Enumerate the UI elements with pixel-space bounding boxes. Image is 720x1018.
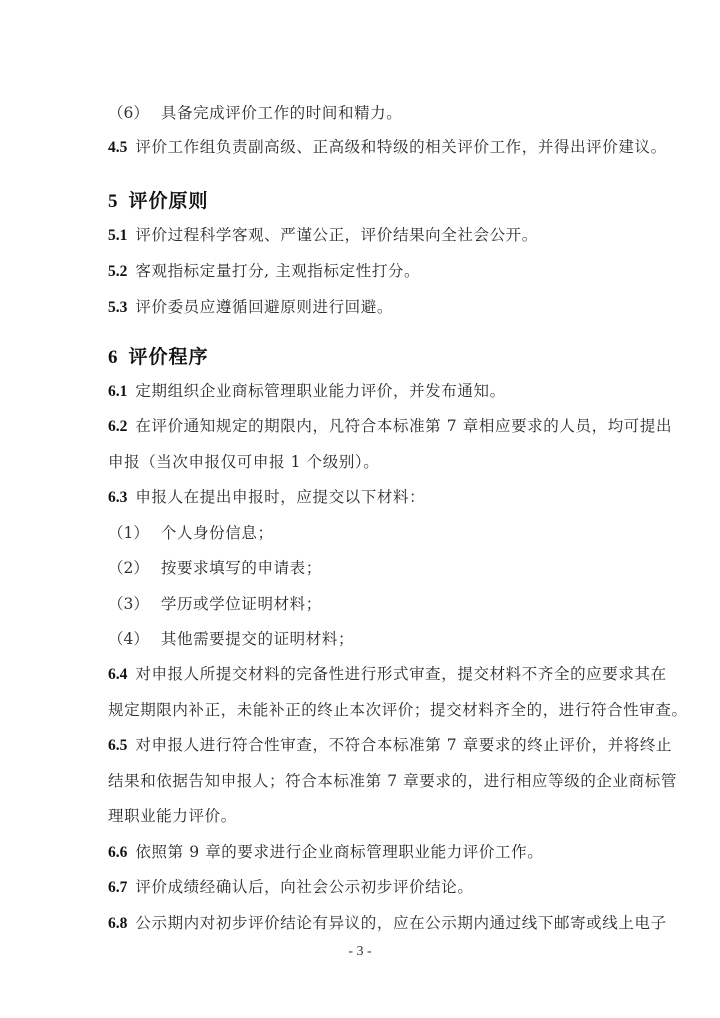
- clause-text: 评价工作组负责副高级、正高级和特级的相关评价工作，并得出评价建议。: [135, 138, 666, 156]
- list-marker: （2）: [108, 559, 149, 577]
- clause-text: 定期组织企业商标管理职业能力评价，并发布通知。: [135, 382, 505, 400]
- list-item-text: 学历或学位证明材料；: [161, 595, 322, 613]
- clause-4-5: 4.5评价工作组负责副高级、正高级和特级的相关评价工作，并得出评价建议。: [108, 137, 618, 158]
- clause-continuation: 申报（当次申报仅可申报 1 个级别）。: [108, 452, 618, 472]
- clause-number: 5.2: [108, 263, 127, 280]
- clause-continuation: 结果和依据告知申报人；符合本标准第 7 章要求的，进行相应等级的企业商标管: [108, 771, 618, 791]
- section-heading-5: 5评价原则: [108, 186, 209, 213]
- clause-text: 评价委员应遵循回避原则进行回避。: [135, 298, 393, 316]
- list-item: （4）其他需要提交的证明材料；: [108, 629, 618, 649]
- page-number: - 3 -: [0, 944, 720, 960]
- clause-number: 6.6: [108, 844, 127, 861]
- list-item-text: 按要求填写的申请表；: [161, 559, 322, 577]
- section-number: 6: [108, 347, 119, 368]
- clause-6-3: 6.3申报人在提出申报时，应提交以下材料：: [108, 487, 618, 508]
- list-item-text: 具备完成评价工作的时间和精力。: [161, 104, 403, 122]
- clause-6-2: 6.2在评价通知规定的期限内，凡符合本标准第 7 章相应要求的人员，均可提出: [108, 416, 618, 437]
- clause-text: 评价成绩经确认后，向社会公示初步评价结论。: [135, 878, 473, 896]
- clause-number: 6.7: [108, 879, 127, 896]
- clause-number: 6.2: [108, 418, 127, 435]
- clause-number: 6.3: [108, 489, 127, 506]
- clause-5-3: 5.3评价委员应遵循回避原则进行回避。: [108, 297, 618, 318]
- list-item-text: 其他需要提交的证明材料；: [161, 630, 354, 648]
- clause-number: 6.8: [108, 915, 127, 932]
- clause-number: 5.1: [108, 227, 127, 244]
- clause-number: 6.1: [108, 383, 127, 400]
- clause-number: 4.5: [108, 139, 127, 156]
- clause-text: 依照第 9 章的要求进行企业商标管理职业能力评价工作。: [135, 843, 543, 861]
- clause-6-7: 6.7评价成绩经确认后，向社会公示初步评价结论。: [108, 877, 618, 898]
- list-item: （6）具备完成评价工作的时间和精力。: [108, 103, 618, 123]
- clause-6-8: 6.8公示期内对初步评价结论有异议的，应在公示期内通过线下邮寄或线上电子: [108, 913, 618, 934]
- clause-continuation: 理职业能力评价。: [108, 806, 618, 826]
- clause-number: 5.3: [108, 299, 127, 316]
- clause-text: 客观指标定量打分, 主观指标定性打分。: [135, 262, 420, 280]
- clause-6-4: 6.4对申报人所提交材料的完备性进行形式审查，提交材料不齐全的应要求其在: [108, 664, 618, 685]
- clause-text: 对申报人进行符合性审查，不符合本标准第 7 章要求的终止评价，并将终止: [135, 736, 672, 754]
- clause-continuation: 规定期限内补正，未能补正的终止本次评价；提交材料齐全的，进行符合性审查。: [108, 700, 618, 720]
- clause-text: 在评价通知规定的期限内，凡符合本标准第 7 章相应要求的人员，均可提出: [135, 417, 672, 435]
- section-title: 评价程序: [129, 346, 209, 368]
- clause-number: 6.5: [108, 737, 127, 754]
- section-title: 评价原则: [129, 190, 209, 212]
- section-heading-6: 6评价程序: [108, 342, 209, 369]
- list-marker: （1）: [108, 524, 149, 542]
- list-marker: （6）: [108, 104, 149, 122]
- clause-text: 申报人在提出申报时，应提交以下材料：: [135, 488, 425, 506]
- list-item-text: 个人身份信息；: [161, 524, 274, 542]
- clause-5-2: 5.2客观指标定量打分, 主观指标定性打分。: [108, 261, 618, 282]
- list-item: （3）学历或学位证明材料；: [108, 594, 618, 614]
- list-marker: （3）: [108, 595, 149, 613]
- list-item: （1）个人身份信息；: [108, 523, 618, 543]
- clause-text: 评价过程科学客观、严谨公正，评价结果向全社会公开。: [135, 226, 538, 244]
- document-page: （6）具备完成评价工作的时间和精力。 4.5评价工作组负责副高级、正高级和特级的…: [0, 0, 720, 1018]
- clause-6-5: 6.5对申报人进行符合性审查，不符合本标准第 7 章要求的终止评价，并将终止: [108, 735, 618, 756]
- clause-text: 公示期内对初步评价结论有异议的，应在公示期内通过线下邮寄或线上电子: [135, 914, 666, 932]
- section-number: 5: [108, 191, 119, 212]
- clause-6-6: 6.6依照第 9 章的要求进行企业商标管理职业能力评价工作。: [108, 842, 618, 863]
- clause-text: 对申报人所提交材料的完备性进行形式审查，提交材料不齐全的应要求其在: [135, 665, 666, 683]
- list-item: （2）按要求填写的申请表；: [108, 558, 618, 578]
- clause-number: 6.4: [108, 666, 127, 683]
- list-marker: （4）: [108, 630, 149, 648]
- clause-6-1: 6.1定期组织企业商标管理职业能力评价，并发布通知。: [108, 381, 618, 402]
- clause-5-1: 5.1评价过程科学客观、严谨公正，评价结果向全社会公开。: [108, 225, 618, 246]
